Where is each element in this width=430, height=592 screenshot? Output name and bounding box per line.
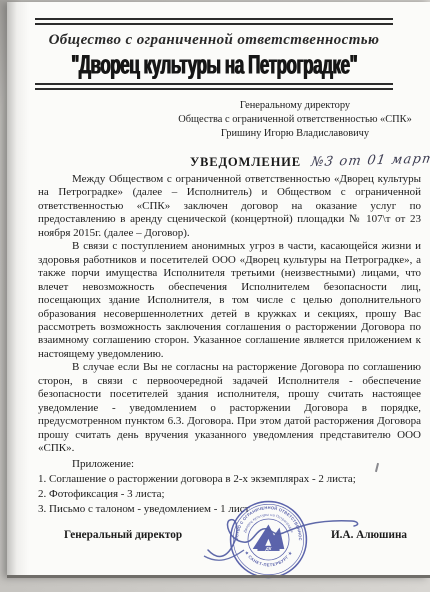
- addressee-block: Генеральному директору Общества с ограни…: [165, 99, 425, 140]
- signer-position: Генеральный директор: [64, 529, 182, 541]
- document-title-row: УВЕДОМЛЕНИЕ№3 от 01 марта 2016г.: [190, 153, 430, 171]
- attachment-item: 1. Соглашение о расторжении договора в 2…: [38, 472, 421, 487]
- letterhead-bottom-rule: [35, 83, 393, 90]
- handwritten-signature: [202, 504, 368, 568]
- document-title: УВЕДОМЛЕНИЕ: [190, 155, 301, 169]
- letterhead-org-name: "Дворец культуры на Петроградке": [71, 51, 357, 81]
- page-bottom-edge: [7, 575, 430, 578]
- addressee-line: Гришину Игорю Владиславовичу: [165, 127, 425, 141]
- paragraph: В связи с поступлением анонимных угроз в…: [38, 240, 421, 361]
- handwritten-number-date: №3 от 01 марта 2016г.: [310, 150, 430, 170]
- scan-edge-shadow: [7, 2, 29, 578]
- letter-body: Между Обществом с ограниченной ответстве…: [38, 173, 421, 517]
- letterhead-top-rule: [35, 18, 393, 25]
- letterhead: Общество с ограниченной ответственностью…: [35, 18, 393, 90]
- letter-page: Общество с ограниченной ответственностью…: [7, 2, 430, 578]
- letterhead-org-type: Общество с ограниченной ответственностью: [35, 32, 393, 49]
- scanned-letter: { "letterhead": { "org_type": "Общество …: [0, 0, 430, 592]
- attachments-label: Приложение:: [38, 457, 421, 472]
- letterhead-org-name-wrap: "Дворец культуры на Петроградке": [35, 51, 393, 79]
- addressee-line: Общества с ограниченной ответственностью…: [165, 113, 425, 127]
- addressee-line: Генеральному директору: [165, 99, 425, 113]
- paragraph: Между Обществом с ограниченной ответстве…: [38, 173, 421, 240]
- paragraph: В случае если Вы не согласны на расторже…: [38, 361, 421, 455]
